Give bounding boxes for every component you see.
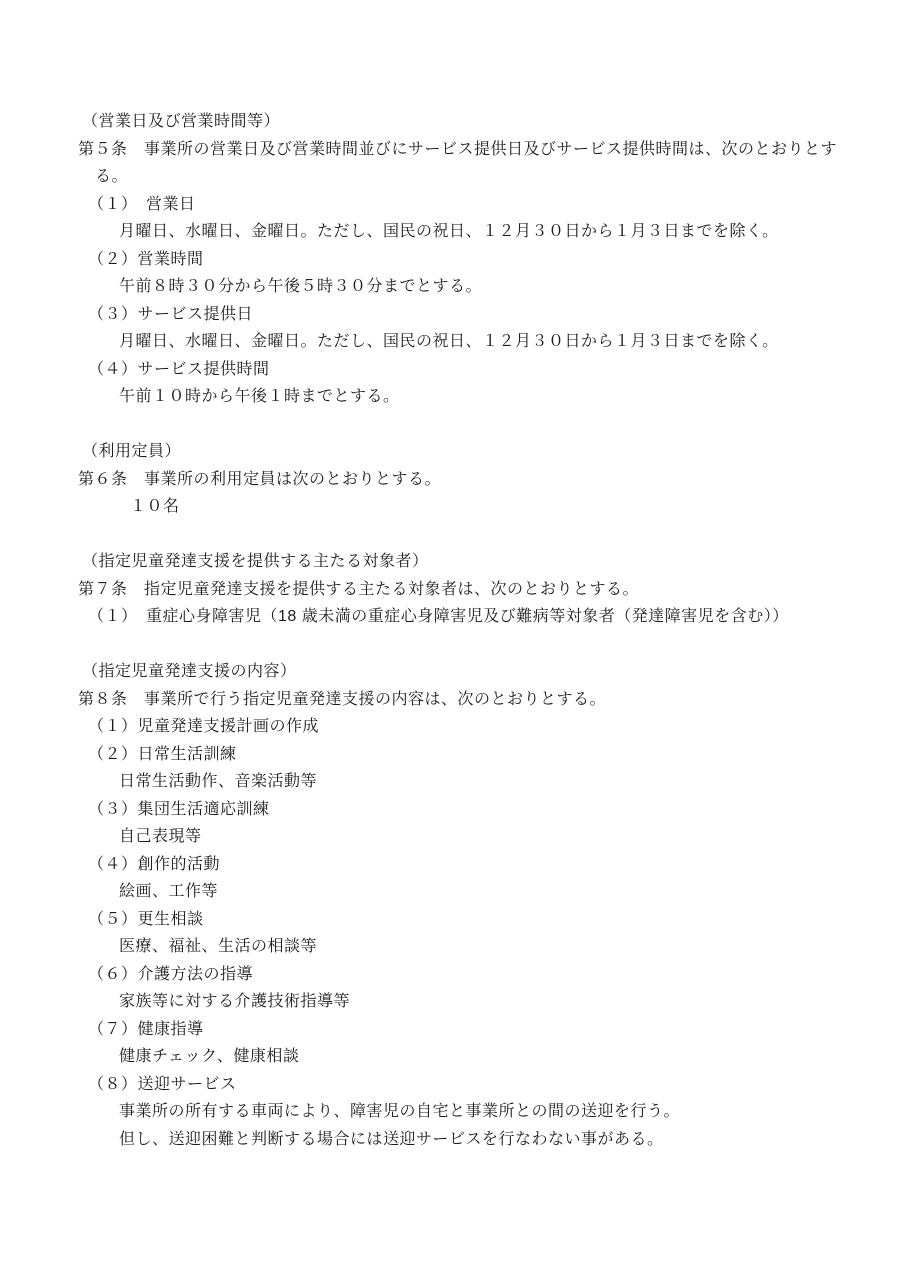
article-5-text-1: 第５条 事業所の営業日及び営業時間並びにサービス提供日及びサービス提供時間は、次…	[78, 136, 867, 164]
art5-item-4-detail: 午前１０時から午後１時までとする。	[78, 383, 867, 411]
document-page: （営業日及び営業時間等）第５条 事業所の営業日及び営業時間並びにサービス提供日及…	[0, 0, 905, 1280]
article-8-text: 第８条 事業所で行う指定児童発達支援の内容は、次のとおりとする。	[78, 686, 867, 714]
art8-item-8: （８）送迎サービス	[78, 1071, 867, 1099]
article-5-text-2: る。	[78, 163, 867, 191]
art8-item-5-detail: 医療、福祉、生活の相談等	[78, 933, 867, 961]
heading-article-7: （指定児童発達支援を提供する主たる対象者）	[78, 548, 867, 576]
art8-item-7-detail: 健康チェック、健康相談	[78, 1043, 867, 1071]
heading-article-5: （営業日及び営業時間等）	[78, 108, 867, 136]
art8-item-3: （３）集団生活適応訓練	[78, 796, 867, 824]
art5-item-2: （２）営業時間	[78, 246, 867, 274]
article-6-text: 第６条 事業所の利用定員は次のとおりとする。	[78, 466, 867, 494]
art8-item-6: （６）介護方法の指導	[78, 961, 867, 989]
art8-item-4: （４）創作的活動	[78, 851, 867, 879]
document-lines: （営業日及び営業時間等）第５条 事業所の営業日及び営業時間並びにサービス提供日及…	[78, 108, 867, 1153]
art8-item-1: （１）児童発達支援計画の作成	[78, 713, 867, 741]
art7-item-1: （１） 重症心身障害児（18 歳未満の重症心身障害児及び難病等対象者（発達障害児…	[78, 603, 867, 631]
art8-item-5: （５）更生相談	[78, 906, 867, 934]
art8-item-7: （７）健康指導	[78, 1016, 867, 1044]
art8-item-6-detail: 家族等に対する介護技術指導等	[78, 988, 867, 1016]
art5-item-3: （３）サービス提供日	[78, 301, 867, 329]
blank-1	[78, 411, 867, 439]
art5-item-1-detail: 月曜日、水曜日、金曜日。ただし、国民の祝日、１２月３０日から１月３日までを除く。	[78, 218, 867, 246]
art8-item-3-detail: 自己表現等	[78, 823, 867, 851]
heading-article-8: （指定児童発達支援の内容）	[78, 658, 867, 686]
art5-item-3-detail: 月曜日、水曜日、金曜日。ただし、国民の祝日、１２月３０日から１月３日までを除く。	[78, 328, 867, 356]
art5-item-1: （１） 営業日	[78, 191, 867, 219]
article-7-text: 第７条 指定児童発達支援を提供する主たる対象者は、次のとおりとする。	[78, 576, 867, 604]
art6-capacity: １０名	[78, 493, 867, 521]
art5-item-4: （４）サービス提供時間	[78, 356, 867, 384]
art8-item-4-detail: 絵画、工作等	[78, 878, 867, 906]
blank-2	[78, 521, 867, 549]
art8-item-2-detail: 日常生活動作、音楽活動等	[78, 768, 867, 796]
art8-item-2: （２）日常生活訓練	[78, 741, 867, 769]
blank-3	[78, 631, 867, 659]
art8-item-8-detail-1: 事業所の所有する車両により、障害児の自宅と事業所との間の送迎を行う。	[78, 1098, 867, 1126]
art8-item-8-detail-2: 但し、送迎困難と判断する場合には送迎サービスを行なわない事がある。	[78, 1126, 867, 1154]
heading-article-6: （利用定員）	[78, 438, 867, 466]
art5-item-2-detail: 午前８時３０分から午後５時３０分までとする。	[78, 273, 867, 301]
